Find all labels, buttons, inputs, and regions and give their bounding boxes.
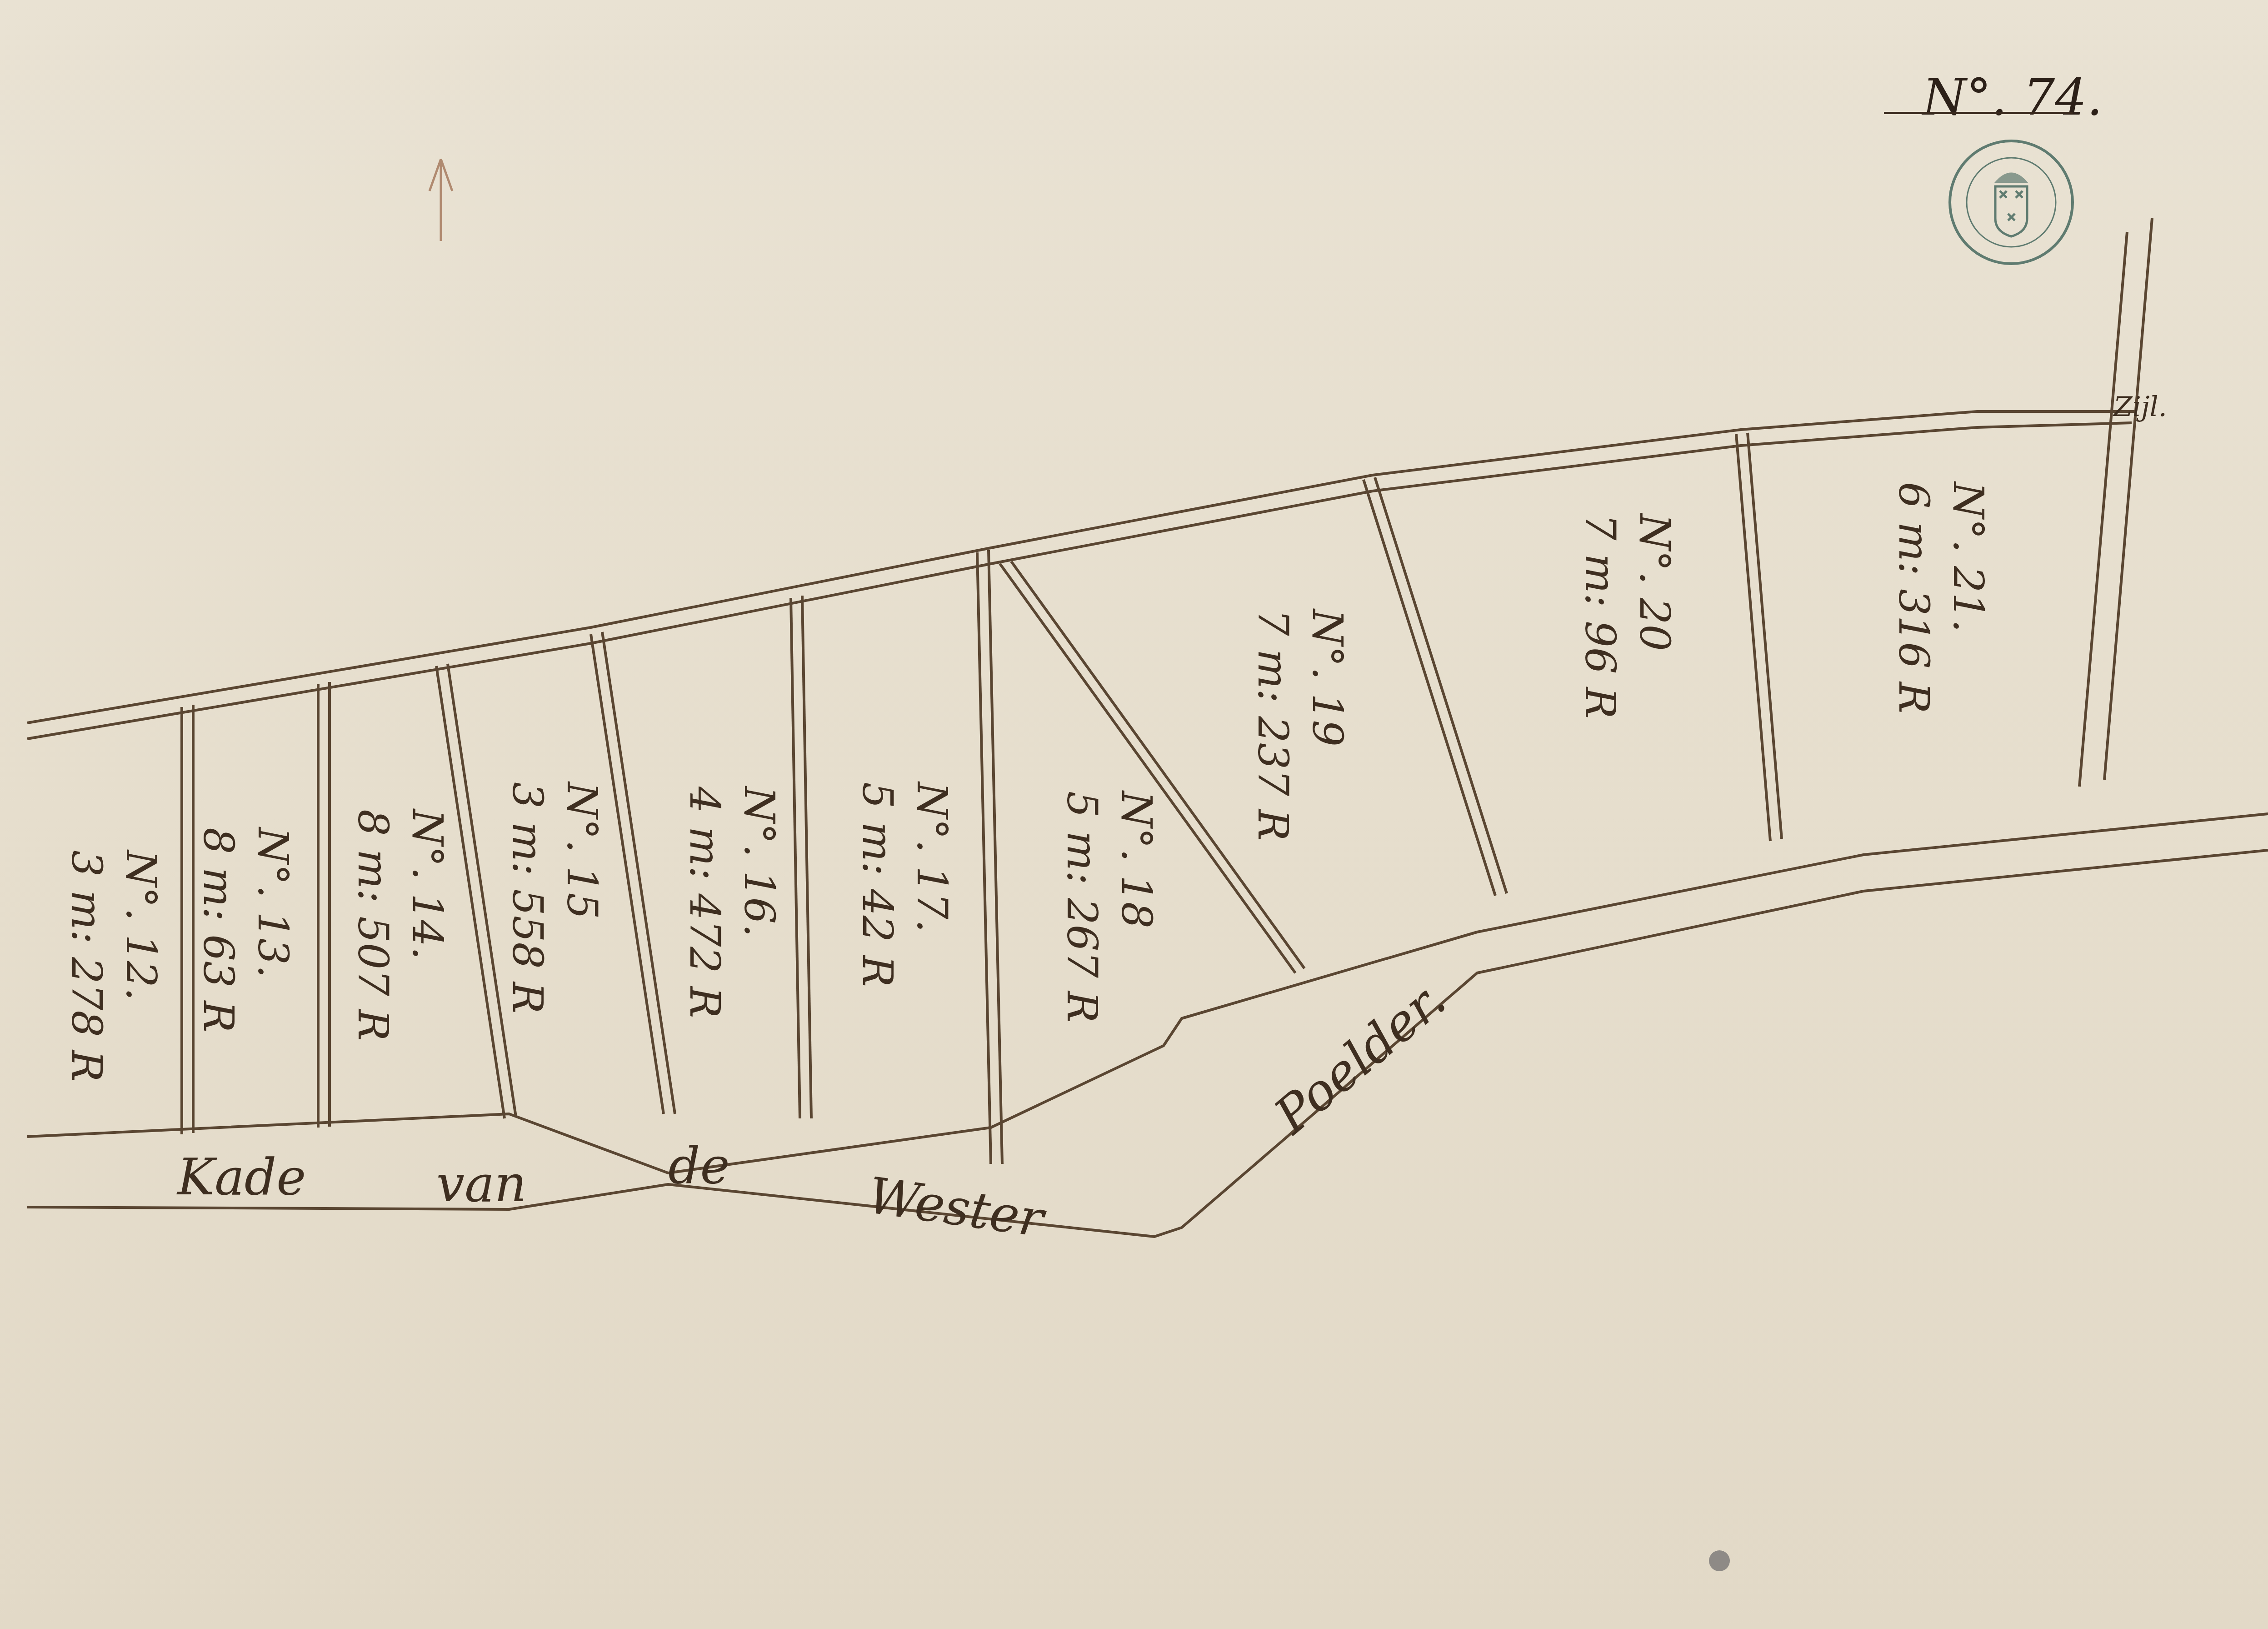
north-arrow-icon [423, 155, 459, 246]
waterway-label: Zijl. [2113, 391, 2167, 423]
parcel-dividers [182, 433, 1782, 1164]
road-label-word-3: de [668, 1137, 730, 1195]
parcel-20-label: N°. 20 7 m: 96 R [1573, 514, 1682, 719]
parcel-14-label: N°. 14. 8 m: 507 R [345, 809, 455, 1041]
parcel-12-label: N°. 12. 3 m: 278 R [59, 850, 168, 1082]
parcel-17-label: N°. 17. 5 m: 42 R [850, 782, 959, 987]
road-label-word-1: Kade [177, 1148, 306, 1206]
parcel-19-label: N°. 19 7 m: 237 R [1245, 609, 1354, 841]
parcel-number: N°. 17. [904, 782, 959, 987]
parcel-area: 6 m: 316 R [1886, 482, 1941, 713]
parcel-number: N°. 12. [114, 850, 168, 1082]
parcel-number: N°. 19 [1300, 609, 1354, 841]
parcel-area: 7 m: 237 R [1245, 609, 1300, 841]
sheet-number-underline [1884, 112, 2073, 114]
parcel-area: 5 m: 42 R [850, 782, 904, 987]
parcel-area: 3 m: 278 R [59, 850, 114, 1082]
waterway-line-left [2079, 232, 2127, 787]
map-sheet: N°. 74. N°. 12. 3 m: 278 R N°. 13. 8 m: … [0, 0, 2268, 1629]
parcel-number: N°. 13. [245, 827, 300, 1033]
road-label-word-2: van [436, 1155, 527, 1213]
pin-hole [1709, 1550, 1730, 1571]
parcel-area: 7 m: 96 R [1573, 514, 1627, 719]
parcel-number: N°. 14. [400, 809, 455, 1041]
parcel-18-label: N°. 18 5 m: 267 R [1054, 791, 1164, 1023]
parcel-number: N°. 21. [1941, 482, 1995, 713]
parcel-21-label: N°. 21. 6 m: 316 R [1886, 482, 1995, 713]
parcel-area: 3 m: 558 R [500, 782, 555, 1013]
parcel-16-label: N°. 16. 4 m: 472 R [677, 787, 786, 1018]
parcel-number: N°. 18 [1109, 791, 1164, 1023]
waterway-line-right [2104, 218, 2152, 780]
parcel-area: 8 m: 507 R [345, 809, 400, 1041]
parcel-number: N°. 16. [732, 787, 786, 1018]
parcel-area: 8 m: 63 R [191, 827, 245, 1033]
parcel-15-label: N°. 15 3 m: 558 R [500, 782, 609, 1013]
parcel-number: N°. 20 [1627, 514, 1682, 719]
archive-stamp-icon [1945, 136, 2077, 268]
parcel-number: N°. 15 [555, 782, 609, 1013]
parcel-area: 5 m: 267 R [1054, 791, 1109, 1023]
north-boundary-line-inner [27, 423, 2132, 739]
parcel-area: 4 m: 472 R [677, 787, 732, 1018]
parcel-13-label: N°. 13. 8 m: 63 R [191, 827, 300, 1033]
sheet-number: N°. 74. [1923, 68, 2103, 126]
